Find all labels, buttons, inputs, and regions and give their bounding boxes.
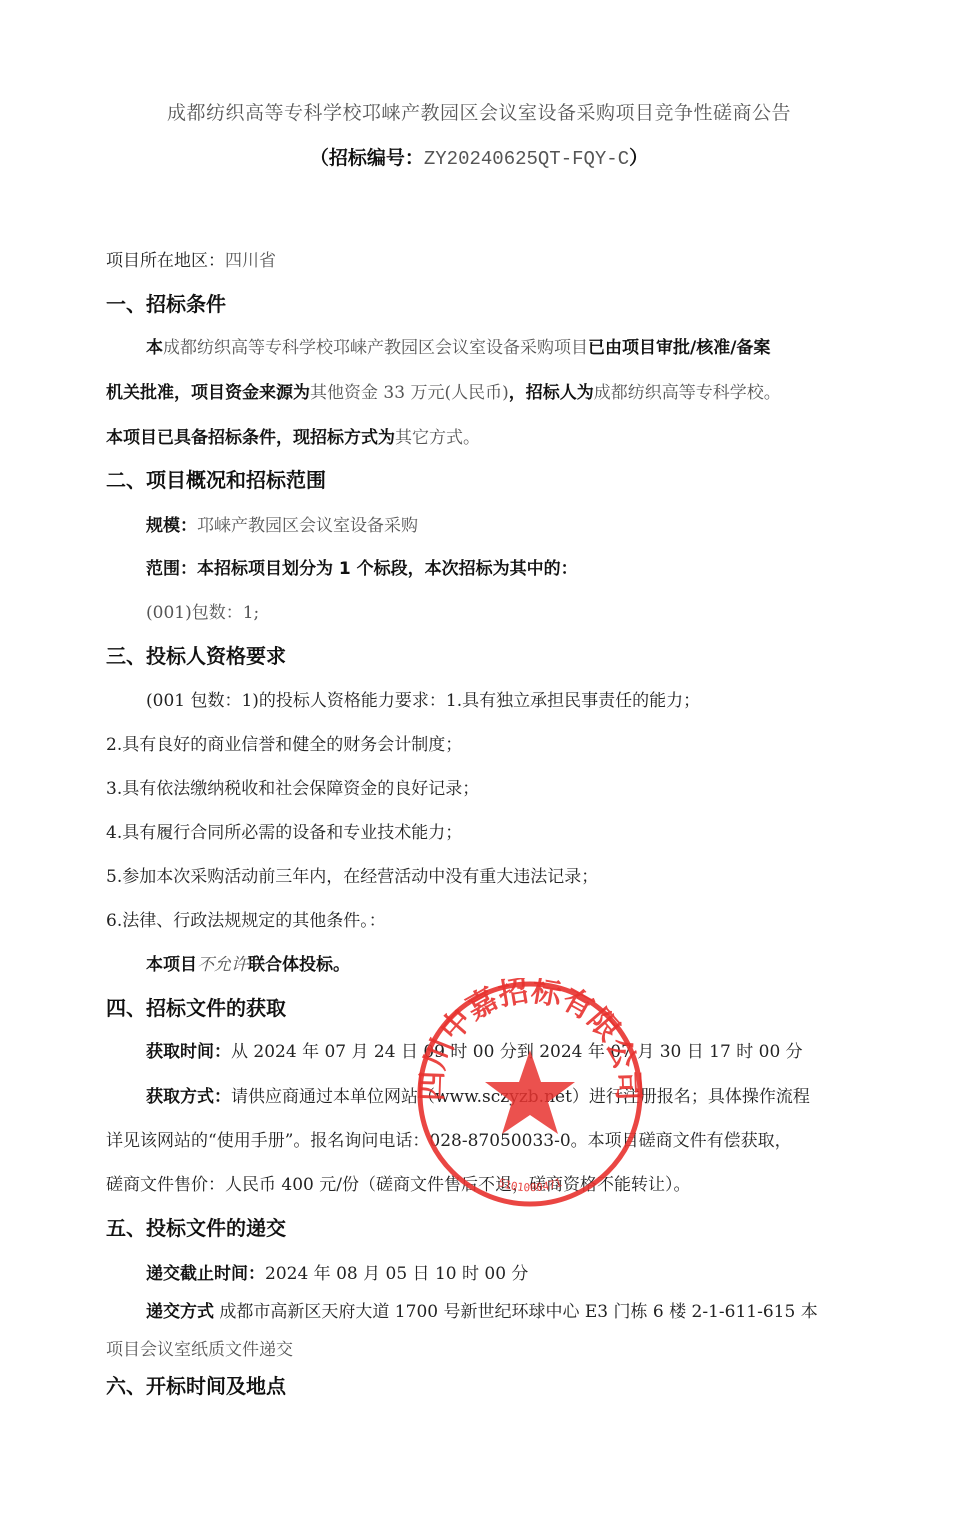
requirement-3: 3.具有依法缴纳税收和社会保障资金的良好记录； xyxy=(106,774,479,799)
deadline-value: 2024 年 08 月 05 日 10 时 00 分 xyxy=(265,1264,528,1284)
scale-line: 规模：邛崃产教园区会议室设备采购 xyxy=(146,511,418,536)
region-value: 四川省 xyxy=(225,251,276,271)
fund-source: 其他资金 33 万元(人民币) xyxy=(310,383,509,403)
acquire-time-label: 获取时间： xyxy=(146,1042,231,1062)
requirement-4: 4.具有履行合同所必需的设备和专业技术能力； xyxy=(106,818,462,843)
section-4-heading: 四、招标文件的获取 xyxy=(106,992,286,1021)
acquire-method-line-3: 磋商文件售价：人民币 400 元/份（磋商文件售后不退，磋商资格不能转让）。 xyxy=(106,1170,690,1195)
region-line: 项目所在地区：四川省 xyxy=(106,246,276,271)
requirement-1: (001 包数：1)的投标人资格能力要求：1.具有独立承担民事责任的能力； xyxy=(146,686,700,711)
requirement-6: 6.法律、行政法规规定的其他条件。： xyxy=(106,906,386,931)
text: 本项目已具备招标条件，现招标方式为 xyxy=(106,428,395,448)
acquire-method-label: 获取方式： xyxy=(146,1087,231,1107)
acquire-time-line: 获取时间：从 2024 年 07 月 24 日 09 时 00 分到 2024 … xyxy=(146,1037,803,1062)
acquire-time-value: 从 2024 年 07 月 24 日 09 时 00 分到 2024 年 07 … xyxy=(231,1042,803,1062)
s1-paragraph-line-3: 本项目已具备招标条件，现招标方式为其它方式。 xyxy=(106,423,480,448)
text: 本 xyxy=(146,338,163,358)
consortium-status: 不允许 xyxy=(197,955,248,975)
requirement-5: 5.参加本次采购活动前三年内，在经营活动中没有重大违法记录； xyxy=(106,862,598,887)
text: 本项目 xyxy=(146,955,197,975)
requirement-2: 2.具有良好的商业信誉和健全的财务会计制度； xyxy=(106,730,462,755)
s1-paragraph-line-1: 本成都纺织高等专科学校邛崃产教园区会议室设备采购项目已由项目审批/核准/备案 xyxy=(146,333,770,358)
submit-method-line-2: 项目会议室纸质文件递交 xyxy=(106,1335,293,1360)
section-1-heading: 一、招标条件 xyxy=(106,288,226,317)
section-2-heading: 二、项目概况和招标范围 xyxy=(106,464,326,493)
acquire-method-line-2: 详见该网站的“使用手册”。报名询问电话：028-87050033-0。本项目磋商… xyxy=(106,1126,792,1151)
text: 联合体投标。 xyxy=(248,955,350,975)
project-name: 成都纺织高等专科学校邛崃产教园区会议室设备采购项目 xyxy=(163,338,588,358)
document-page: 成都纺织高等专科学校邛崃产教园区会议室设备采购项目竞争性磋商公告 （招标编号：Z… xyxy=(0,0,958,1530)
section-5-heading: 五、投标文件的递交 xyxy=(106,1212,286,1241)
tender-code-close: ） xyxy=(629,147,648,169)
section-6-heading: 六、开标时间及地点 xyxy=(106,1370,286,1399)
region-label: 项目所在地区： xyxy=(106,251,225,271)
tender-code-value: ZY20240625QT-FQY-C xyxy=(424,148,629,170)
section-3-heading: 三、投标人资格要求 xyxy=(106,640,286,669)
document-title: 成都纺织高等专科学校邛崃产教园区会议室设备采购项目竞争性磋商公告 xyxy=(0,98,958,125)
deadline-line: 递交截止时间：2024 年 08 月 05 日 10 时 00 分 xyxy=(146,1259,528,1284)
submit-method-text: 成都市高新区天府大道 1700 号新世纪环球中心 E3 门栋 6 楼 2-1-6… xyxy=(219,1302,817,1322)
text: 机关批准，项目资金来源为 xyxy=(106,383,310,403)
tender-code-label: （招标编号： xyxy=(310,147,424,169)
consortium-line: 本项目不允许联合体投标。 xyxy=(146,950,350,975)
deadline-label: 递交截止时间： xyxy=(146,1264,265,1284)
submit-method-label: 递交方式 xyxy=(146,1302,214,1322)
text: 已由项目审批/核准/备案 xyxy=(588,338,770,358)
tender-code: （招标编号：ZY20240625QT-FQY-C） xyxy=(0,143,958,170)
package-line: (001)包数：1; xyxy=(146,598,259,623)
scale-label: 规模： xyxy=(146,516,197,536)
tender-method: 其它方式。 xyxy=(395,428,480,448)
text: ，招标人为 xyxy=(509,383,594,403)
tenderer: 成都纺织高等专科学校。 xyxy=(594,383,781,403)
acquire-method-text: 请供应商通过本单位网站（www.sczyzb.net）进行注册报名；具体操作流程 xyxy=(231,1087,810,1107)
acquire-method-line-1: 获取方式：请供应商通过本单位网站（www.sczyzb.net）进行注册报名；具… xyxy=(146,1082,810,1107)
scope-line: 范围：本招标项目划分为 1 个标段，本次招标为其中的： xyxy=(146,554,578,579)
submit-method-line-1: 递交方式 成都市高新区天府大道 1700 号新世纪环球中心 E3 门栋 6 楼 … xyxy=(146,1297,818,1322)
s1-paragraph-line-2: 机关批准，项目资金来源为其他资金 33 万元(人民币)，招标人为成都纺织高等专科… xyxy=(106,378,781,403)
scale-value: 邛崃产教园区会议室设备采购 xyxy=(197,516,418,536)
